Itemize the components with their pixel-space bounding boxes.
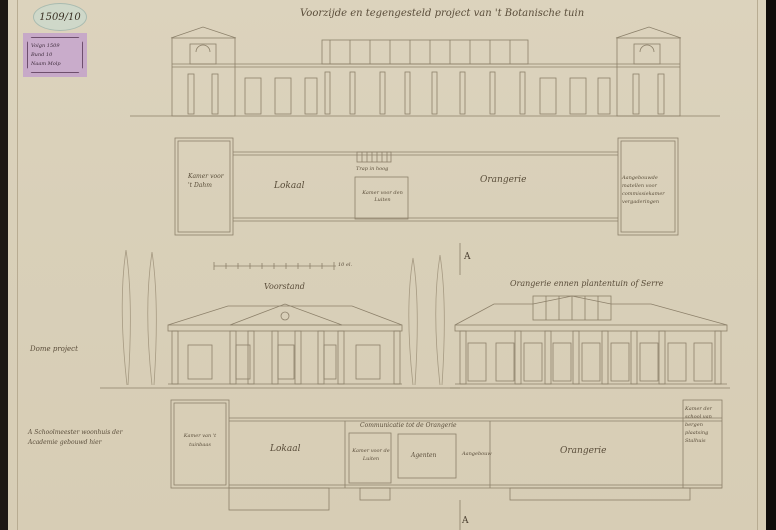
plan-label-stair: Trap in hoog	[356, 166, 388, 172]
section-marker-a: A	[464, 252, 471, 262]
left-pavilion-elevation	[100, 304, 460, 388]
plan-label-center-room-bottom: Kamer voor de Luiten	[350, 447, 392, 463]
elevation-title-right: Orangerie ennen plantentuin of Serre	[510, 279, 664, 288]
top-floor-plan	[175, 138, 678, 235]
drawing-title: Voorzijde en tegengesteld project van 't…	[300, 8, 584, 19]
plan-label-left-room: Kamer voor 't Dahm	[188, 172, 228, 190]
plan-label-side-room: Aangebouw	[462, 450, 488, 458]
cypress-trees	[122, 250, 444, 385]
bottom-floor-plan	[171, 400, 722, 510]
orangery-elevation	[450, 296, 730, 388]
scale-bar-label: 10 el.	[338, 262, 352, 268]
elevation-title-left: Voorstand	[264, 282, 305, 291]
top-elevation	[130, 27, 720, 116]
plan-label-left-room-bottom: Kamer van 't tuinbaas	[176, 432, 224, 450]
legend-note: A Schoolmeester woonhuis der Academie ge…	[28, 428, 148, 448]
plan-label-orangery-bottom: Orangerie	[560, 446, 606, 456]
plan-label-hall: Lokaal	[274, 181, 304, 191]
plan-label-center-room: Kamer voor den Luiten	[360, 190, 405, 204]
side-note: Dome project	[30, 345, 78, 353]
section-marker-a-bottom: A	[462, 516, 469, 526]
plan-label-orangery: Orangerie	[480, 175, 526, 185]
plan-label-corridor: Communicatie tot de Orangerie	[360, 422, 457, 429]
plan-label-right-note: Kamer der school van bergen plaatsing St…	[685, 405, 721, 445]
plan-label-right-room: Aangebouwde matellen voor commissiekamer…	[622, 174, 674, 206]
scale-bar	[214, 262, 336, 270]
plan-label-middle-room: Agenten	[411, 452, 436, 459]
plan-label-hall-bottom: Lokaal	[270, 444, 300, 454]
